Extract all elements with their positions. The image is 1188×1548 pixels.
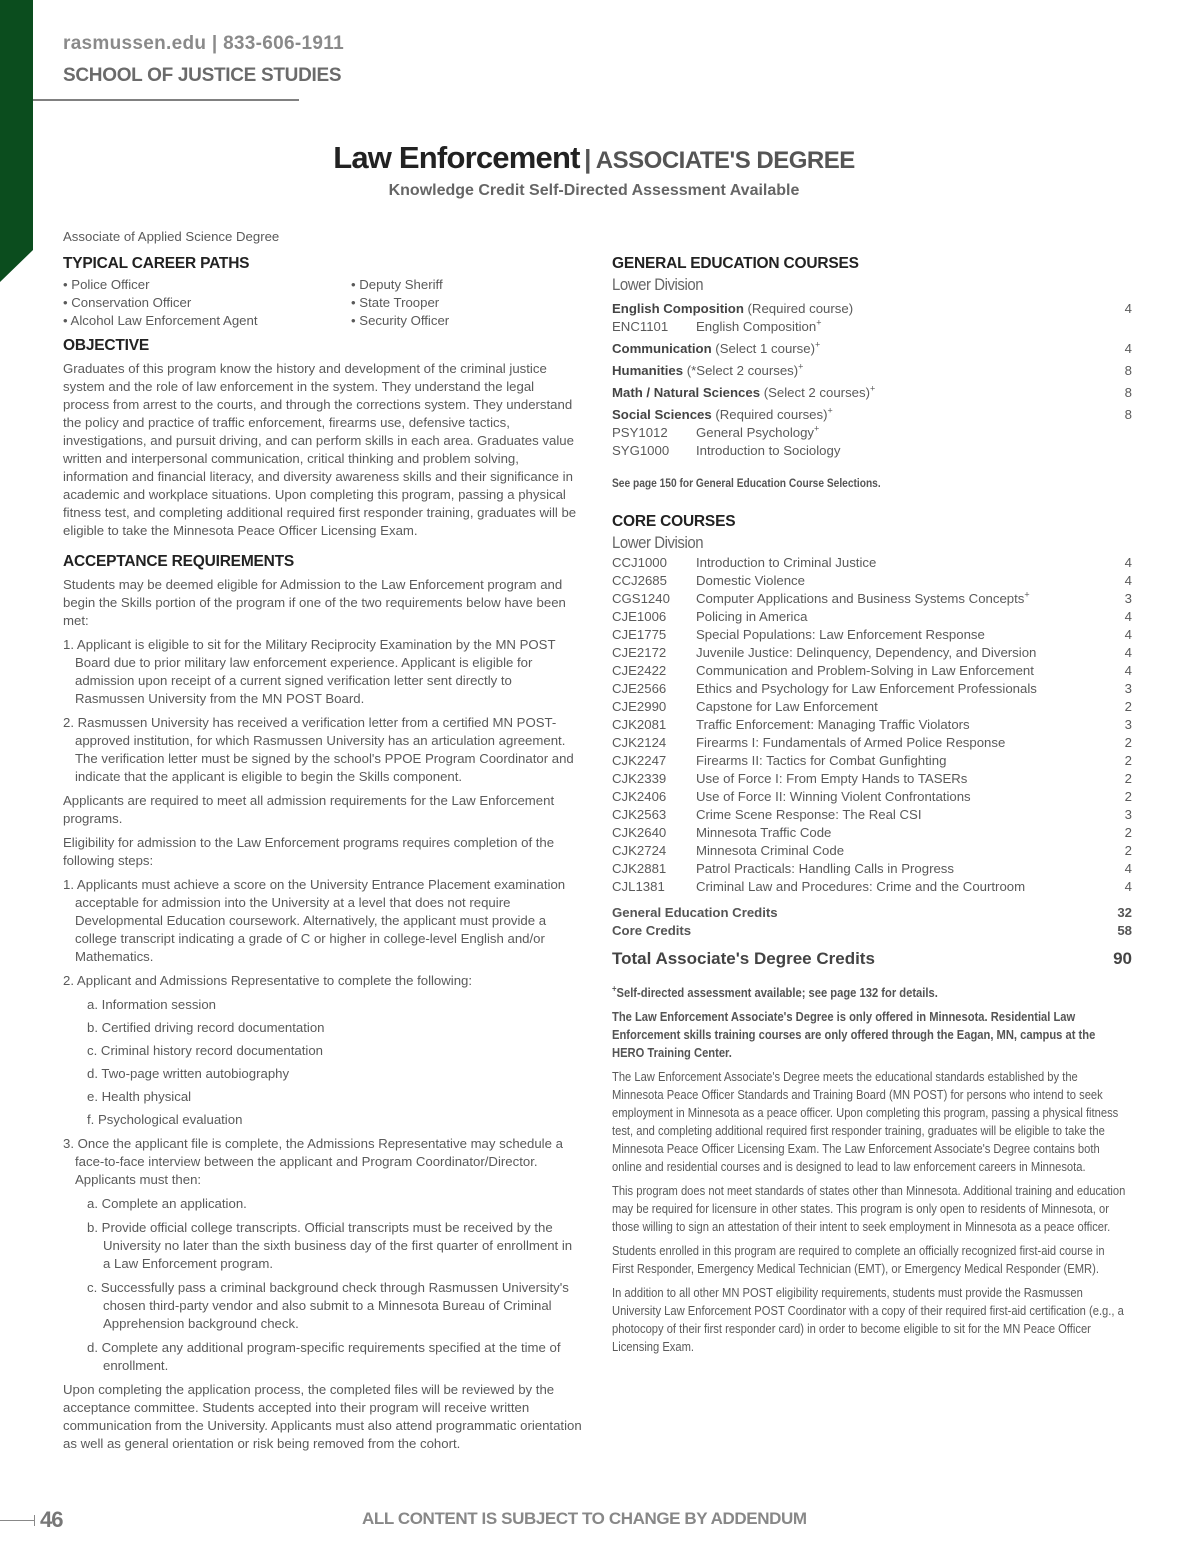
closing-text: Upon completing the application process,… bbox=[63, 1381, 583, 1453]
substep-item: d. Two-page written autobiography bbox=[75, 1065, 583, 1083]
course-title: Ethics and Psychology for Law Enforcemen… bbox=[696, 680, 1102, 698]
core-course-row: CJE1775Special Populations: Law Enforcem… bbox=[612, 626, 1132, 644]
step-2-text: 2. Applicant and Admissions Representati… bbox=[63, 973, 472, 988]
total-credits-row: Total Associate's Degree Credits 90 bbox=[612, 948, 1132, 970]
gen-ed-credits-value: 32 bbox=[1117, 904, 1132, 922]
gen-ed-group: Math / Natural Sciences (Select 2 course… bbox=[612, 384, 1132, 402]
footer-tick bbox=[34, 1515, 35, 1526]
gen-ed-credits-label: General Education Credits bbox=[612, 904, 778, 922]
course-title: General Psychology+ bbox=[696, 424, 1102, 442]
course-title: Minnesota Criminal Code bbox=[696, 842, 1102, 860]
course-title: Capstone for Law Enforcement bbox=[696, 698, 1102, 716]
course-code: CCJ1000 bbox=[612, 554, 696, 572]
substep-item: b. Provide official college transcripts.… bbox=[75, 1219, 583, 1273]
course-code: CJE1775 bbox=[612, 626, 696, 644]
credit-totals: General Education Credits 32 Core Credit… bbox=[612, 904, 1132, 970]
objective-text: Graduates of this program know the histo… bbox=[63, 360, 583, 540]
course-code: CJK2339 bbox=[612, 770, 696, 788]
course-title: Minnesota Traffic Code bbox=[696, 824, 1102, 842]
offered-note: The Law Enforcement Associate's Degree i… bbox=[612, 1008, 1128, 1062]
course-code: SYG1000 bbox=[612, 442, 696, 460]
core-course-list: CCJ1000Introduction to Criminal Justice4… bbox=[612, 554, 1132, 896]
career-item: • Conservation Officer bbox=[63, 294, 351, 312]
core-heading: CORE COURSES bbox=[612, 512, 1132, 532]
step-3: 3. Once the applicant file is complete, … bbox=[63, 1135, 583, 1375]
substep-item: c. Criminal history record documentation bbox=[75, 1042, 583, 1060]
core-course-row: CJK2640Minnesota Traffic Code2 bbox=[612, 824, 1132, 842]
step-3-text: 3. Once the applicant file is complete, … bbox=[63, 1136, 563, 1187]
core-course-row: CJE2172Juvenile Justice: Delinquency, De… bbox=[612, 644, 1132, 662]
standards-note: The Law Enforcement Associate's Degree m… bbox=[612, 1068, 1128, 1176]
course-code: CJK2724 bbox=[612, 842, 696, 860]
right-column: GENERAL EDUCATION COURSES Lower Division… bbox=[612, 254, 1132, 1362]
core-course-row: CJK2339Use of Force I: From Empty Hands … bbox=[612, 770, 1132, 788]
course-credits: 4 bbox=[1102, 626, 1132, 644]
gen-ed-group: English Composition (Required course)4 bbox=[612, 300, 1132, 318]
course-credits bbox=[1102, 318, 1132, 336]
course-code: CJE2172 bbox=[612, 644, 696, 662]
course-credits: 3 bbox=[1102, 680, 1132, 698]
careers-heading: TYPICAL CAREER PATHS bbox=[63, 254, 583, 274]
step-2-substeps: a. Information sessionb. Certified drivi… bbox=[75, 996, 583, 1129]
gen-ed-division: Lower Division bbox=[612, 274, 1070, 296]
core-course-row: CJK2881Patrol Practicals: Handling Calls… bbox=[612, 860, 1132, 878]
substep-item: d. Complete any additional program-speci… bbox=[75, 1339, 583, 1375]
eligibility-intro: Eligibility for admission to the Law Enf… bbox=[63, 834, 583, 870]
other-states-note: This program does not meet standards of … bbox=[612, 1182, 1128, 1236]
course-credits: 4 bbox=[1102, 644, 1132, 662]
gen-ed-group: Social Sciences (Required courses)+8 bbox=[612, 406, 1132, 424]
core-course-row: CJK2081Traffic Enforcement: Managing Tra… bbox=[612, 716, 1132, 734]
course-code: CGS1240 bbox=[612, 590, 696, 608]
acceptance-item: 2. Rasmussen University has received a v… bbox=[63, 714, 583, 786]
course-credits: 4 bbox=[1102, 878, 1132, 896]
footer-rule bbox=[0, 1520, 34, 1521]
gen-ed-group-name: Social Sciences (Required courses)+ bbox=[612, 406, 833, 424]
course-code: CJK2081 bbox=[612, 716, 696, 734]
course-code: CJL1381 bbox=[612, 878, 696, 896]
course-credits: 4 bbox=[1102, 554, 1132, 572]
acceptance-list: 1. Applicant is eligible to sit for the … bbox=[63, 636, 583, 786]
core-course-row: CCJ1000Introduction to Criminal Justice4 bbox=[612, 554, 1132, 572]
course-credits: 4 bbox=[1102, 662, 1132, 680]
gen-ed-group-credits: 8 bbox=[1125, 362, 1132, 380]
gen-ed-groups: English Composition (Required course)4EN… bbox=[612, 300, 1132, 460]
core-course-row: CJE2566Ethics and Psychology for Law Enf… bbox=[612, 680, 1132, 698]
core-course-row: CJK2247Firearms II: Tactics for Combat G… bbox=[612, 752, 1132, 770]
school-name: SCHOOL OF JUSTICE STUDIES bbox=[63, 65, 341, 87]
course-title: Computer Applications and Business Syste… bbox=[696, 590, 1102, 608]
core-credits-row: Core Credits 58 bbox=[612, 922, 1132, 940]
substep-item: c. Successfully pass a criminal backgrou… bbox=[75, 1279, 583, 1333]
title-separator: | bbox=[584, 144, 591, 174]
career-item: • Alcohol Law Enforcement Agent bbox=[63, 312, 351, 330]
gen-ed-group-credits: 4 bbox=[1125, 340, 1132, 358]
course-code: CJK2640 bbox=[612, 824, 696, 842]
career-item: • State Trooper bbox=[351, 294, 583, 312]
gen-ed-group-name: Humanities (*Select 2 courses)+ bbox=[612, 362, 803, 380]
core-course-row: CJK2563Crime Scene Response: The Real CS… bbox=[612, 806, 1132, 824]
course-title: Use of Force I: From Empty Hands to TASE… bbox=[696, 770, 1102, 788]
course-code: ENC1101 bbox=[612, 318, 696, 336]
course-code: PSY1012 bbox=[612, 424, 696, 442]
course-code: CJE2566 bbox=[612, 680, 696, 698]
gen-ed-course: SYG1000Introduction to Sociology bbox=[612, 442, 1132, 460]
core-credits-label: Core Credits bbox=[612, 922, 691, 940]
step-3-substeps: a. Complete an application.b. Provide of… bbox=[75, 1195, 583, 1375]
career-item: • Police Officer bbox=[63, 276, 351, 294]
course-title: Firearms II: Tactics for Combat Gunfight… bbox=[696, 752, 1102, 770]
career-item: • Deputy Sheriff bbox=[351, 276, 583, 294]
gen-ed-group-name: Communication (Select 1 course)+ bbox=[612, 340, 820, 358]
course-code: CJE1006 bbox=[612, 608, 696, 626]
course-credits: 2 bbox=[1102, 788, 1132, 806]
contact-info: rasmussen.edu | 833-606-1911 bbox=[63, 33, 344, 55]
course-title: Patrol Practicals: Handling Calls in Pro… bbox=[696, 860, 1102, 878]
gen-ed-course: PSY1012General Psychology+ bbox=[612, 424, 1132, 442]
course-code: CJK2881 bbox=[612, 860, 696, 878]
course-credits: 3 bbox=[1102, 716, 1132, 734]
core-course-row: CJK2724Minnesota Criminal Code2 bbox=[612, 842, 1132, 860]
page-number: 46 bbox=[40, 1507, 62, 1533]
page-title: Law Enforcement | ASSOCIATE'S DEGREE bbox=[0, 140, 1188, 176]
gen-ed-group: Humanities (*Select 2 courses)+8 bbox=[612, 362, 1132, 380]
gen-ed-heading: GENERAL EDUCATION COURSES bbox=[612, 254, 1132, 274]
gen-ed-course: ENC1101English Composition+ bbox=[612, 318, 1132, 336]
course-code: CCJ2685 bbox=[612, 572, 696, 590]
core-credits-value: 58 bbox=[1117, 922, 1132, 940]
course-title: Special Populations: Law Enforcement Res… bbox=[696, 626, 1102, 644]
course-credits: 3 bbox=[1102, 806, 1132, 824]
core-course-row: CGS1240Computer Applications and Busines… bbox=[612, 590, 1132, 608]
post-note: In addition to all other MN POST eligibi… bbox=[612, 1284, 1128, 1356]
course-title: Crime Scene Response: The Real CSI bbox=[696, 806, 1102, 824]
page-subtitle: Knowledge Credit Self-Directed Assessmen… bbox=[0, 182, 1188, 200]
substep-item: b. Certified driving record documentatio… bbox=[75, 1019, 583, 1037]
gen-ed-group-name: Math / Natural Sciences (Select 2 course… bbox=[612, 384, 875, 402]
course-credits: 4 bbox=[1102, 572, 1132, 590]
course-title: English Composition+ bbox=[696, 318, 1102, 336]
course-credits bbox=[1102, 424, 1132, 442]
core-division: Lower Division bbox=[612, 532, 1070, 554]
course-credits: 2 bbox=[1102, 734, 1132, 752]
course-title: Domestic Violence bbox=[696, 572, 1102, 590]
gen-ed-group-credits: 8 bbox=[1125, 384, 1132, 402]
degree-level: ASSOCIATE'S DEGREE bbox=[596, 147, 855, 174]
acceptance-item: 1. Applicant is eligible to sit for the … bbox=[63, 636, 583, 708]
course-credits bbox=[1102, 442, 1132, 460]
core-course-row: CJE2422Communication and Problem-Solving… bbox=[612, 662, 1132, 680]
substep-item: e. Health physical bbox=[75, 1088, 583, 1106]
course-code: CJE2422 bbox=[612, 662, 696, 680]
step-2: 2. Applicant and Admissions Representati… bbox=[63, 972, 583, 1129]
course-credits: 2 bbox=[1102, 770, 1132, 788]
degree-type: Associate of Applied Science Degree bbox=[63, 228, 583, 246]
core-course-row: CJK2406Use of Force II: Winning Violent … bbox=[612, 788, 1132, 806]
career-item: • Security Officer bbox=[351, 312, 583, 330]
course-credits: 4 bbox=[1102, 608, 1132, 626]
course-title: Policing in America bbox=[696, 608, 1102, 626]
program-name: Law Enforcement bbox=[333, 140, 579, 175]
substep-item: a. Complete an application. bbox=[75, 1195, 583, 1213]
gen-ed-group-name: English Composition (Required course) bbox=[612, 300, 853, 318]
course-code: CJE2990 bbox=[612, 698, 696, 716]
gen-ed-group-credits: 8 bbox=[1125, 406, 1132, 424]
course-code: CJK2247 bbox=[612, 752, 696, 770]
course-credits: 2 bbox=[1102, 698, 1132, 716]
course-title: Introduction to Criminal Justice bbox=[696, 554, 1102, 572]
admission-note: Applicants are required to meet all admi… bbox=[63, 792, 583, 828]
core-course-row: CCJ2685Domestic Violence4 bbox=[612, 572, 1132, 590]
substep-item: a. Information session bbox=[75, 996, 583, 1014]
career-paths-list: • Police Officer• Deputy Sheriff• Conser… bbox=[63, 276, 583, 330]
core-course-row: CJE1006Policing in America4 bbox=[612, 608, 1132, 626]
course-credits: 2 bbox=[1102, 824, 1132, 842]
eligibility-steps: 1. Applicants must achieve a score on th… bbox=[63, 876, 583, 1375]
course-credits: 4 bbox=[1102, 860, 1132, 878]
course-title: Introduction to Sociology bbox=[696, 442, 1102, 460]
step-1: 1. Applicants must achieve a score on th… bbox=[63, 876, 583, 966]
gen-ed-group-credits: 4 bbox=[1125, 300, 1132, 318]
objective-heading: OBJECTIVE bbox=[63, 336, 583, 356]
course-code: CJK2406 bbox=[612, 788, 696, 806]
total-credits-label: Total Associate's Degree Credits bbox=[612, 948, 875, 970]
substep-item: f. Psychological evaluation bbox=[75, 1111, 583, 1129]
core-course-row: CJE2990Capstone for Law Enforcement2 bbox=[612, 698, 1132, 716]
course-title: Juvenile Justice: Delinquency, Dependenc… bbox=[696, 644, 1102, 662]
course-code: CJK2563 bbox=[612, 806, 696, 824]
acceptance-intro: Students may be deemed eligible for Admi… bbox=[63, 576, 583, 630]
core-course-row: CJL1381Criminal Law and Procedures: Crim… bbox=[612, 878, 1132, 896]
footer-disclaimer: ALL CONTENT IS SUBJECT TO CHANGE BY ADDE… bbox=[362, 1509, 807, 1529]
core-course-row: CJK2124Firearms I: Fundamentals of Armed… bbox=[612, 734, 1132, 752]
self-directed-note: +Self-directed assessment available; see… bbox=[612, 984, 1128, 1002]
gen-ed-see-page: See page 150 for General Education Cours… bbox=[612, 474, 1054, 492]
header-divider bbox=[33, 99, 299, 101]
course-title: Firearms I: Fundamentals of Armed Police… bbox=[696, 734, 1102, 752]
gen-ed-credits-row: General Education Credits 32 bbox=[612, 904, 1132, 922]
course-title: Communication and Problem-Solving in Law… bbox=[696, 662, 1102, 680]
total-credits-value: 90 bbox=[1113, 948, 1132, 970]
first-aid-note: Students enrolled in this program are re… bbox=[612, 1242, 1128, 1278]
course-title: Use of Force II: Winning Violent Confron… bbox=[696, 788, 1102, 806]
course-title: Traffic Enforcement: Managing Traffic Vi… bbox=[696, 716, 1102, 734]
course-title: Criminal Law and Procedures: Crime and t… bbox=[696, 878, 1102, 896]
course-credits: 2 bbox=[1102, 752, 1132, 770]
course-credits: 3 bbox=[1102, 590, 1132, 608]
gen-ed-group: Communication (Select 1 course)+4 bbox=[612, 340, 1132, 358]
acceptance-heading: ACCEPTANCE REQUIREMENTS bbox=[63, 552, 583, 572]
course-code: CJK2124 bbox=[612, 734, 696, 752]
course-credits: 2 bbox=[1102, 842, 1132, 860]
left-column: Associate of Applied Science Degree TYPI… bbox=[63, 228, 583, 1459]
